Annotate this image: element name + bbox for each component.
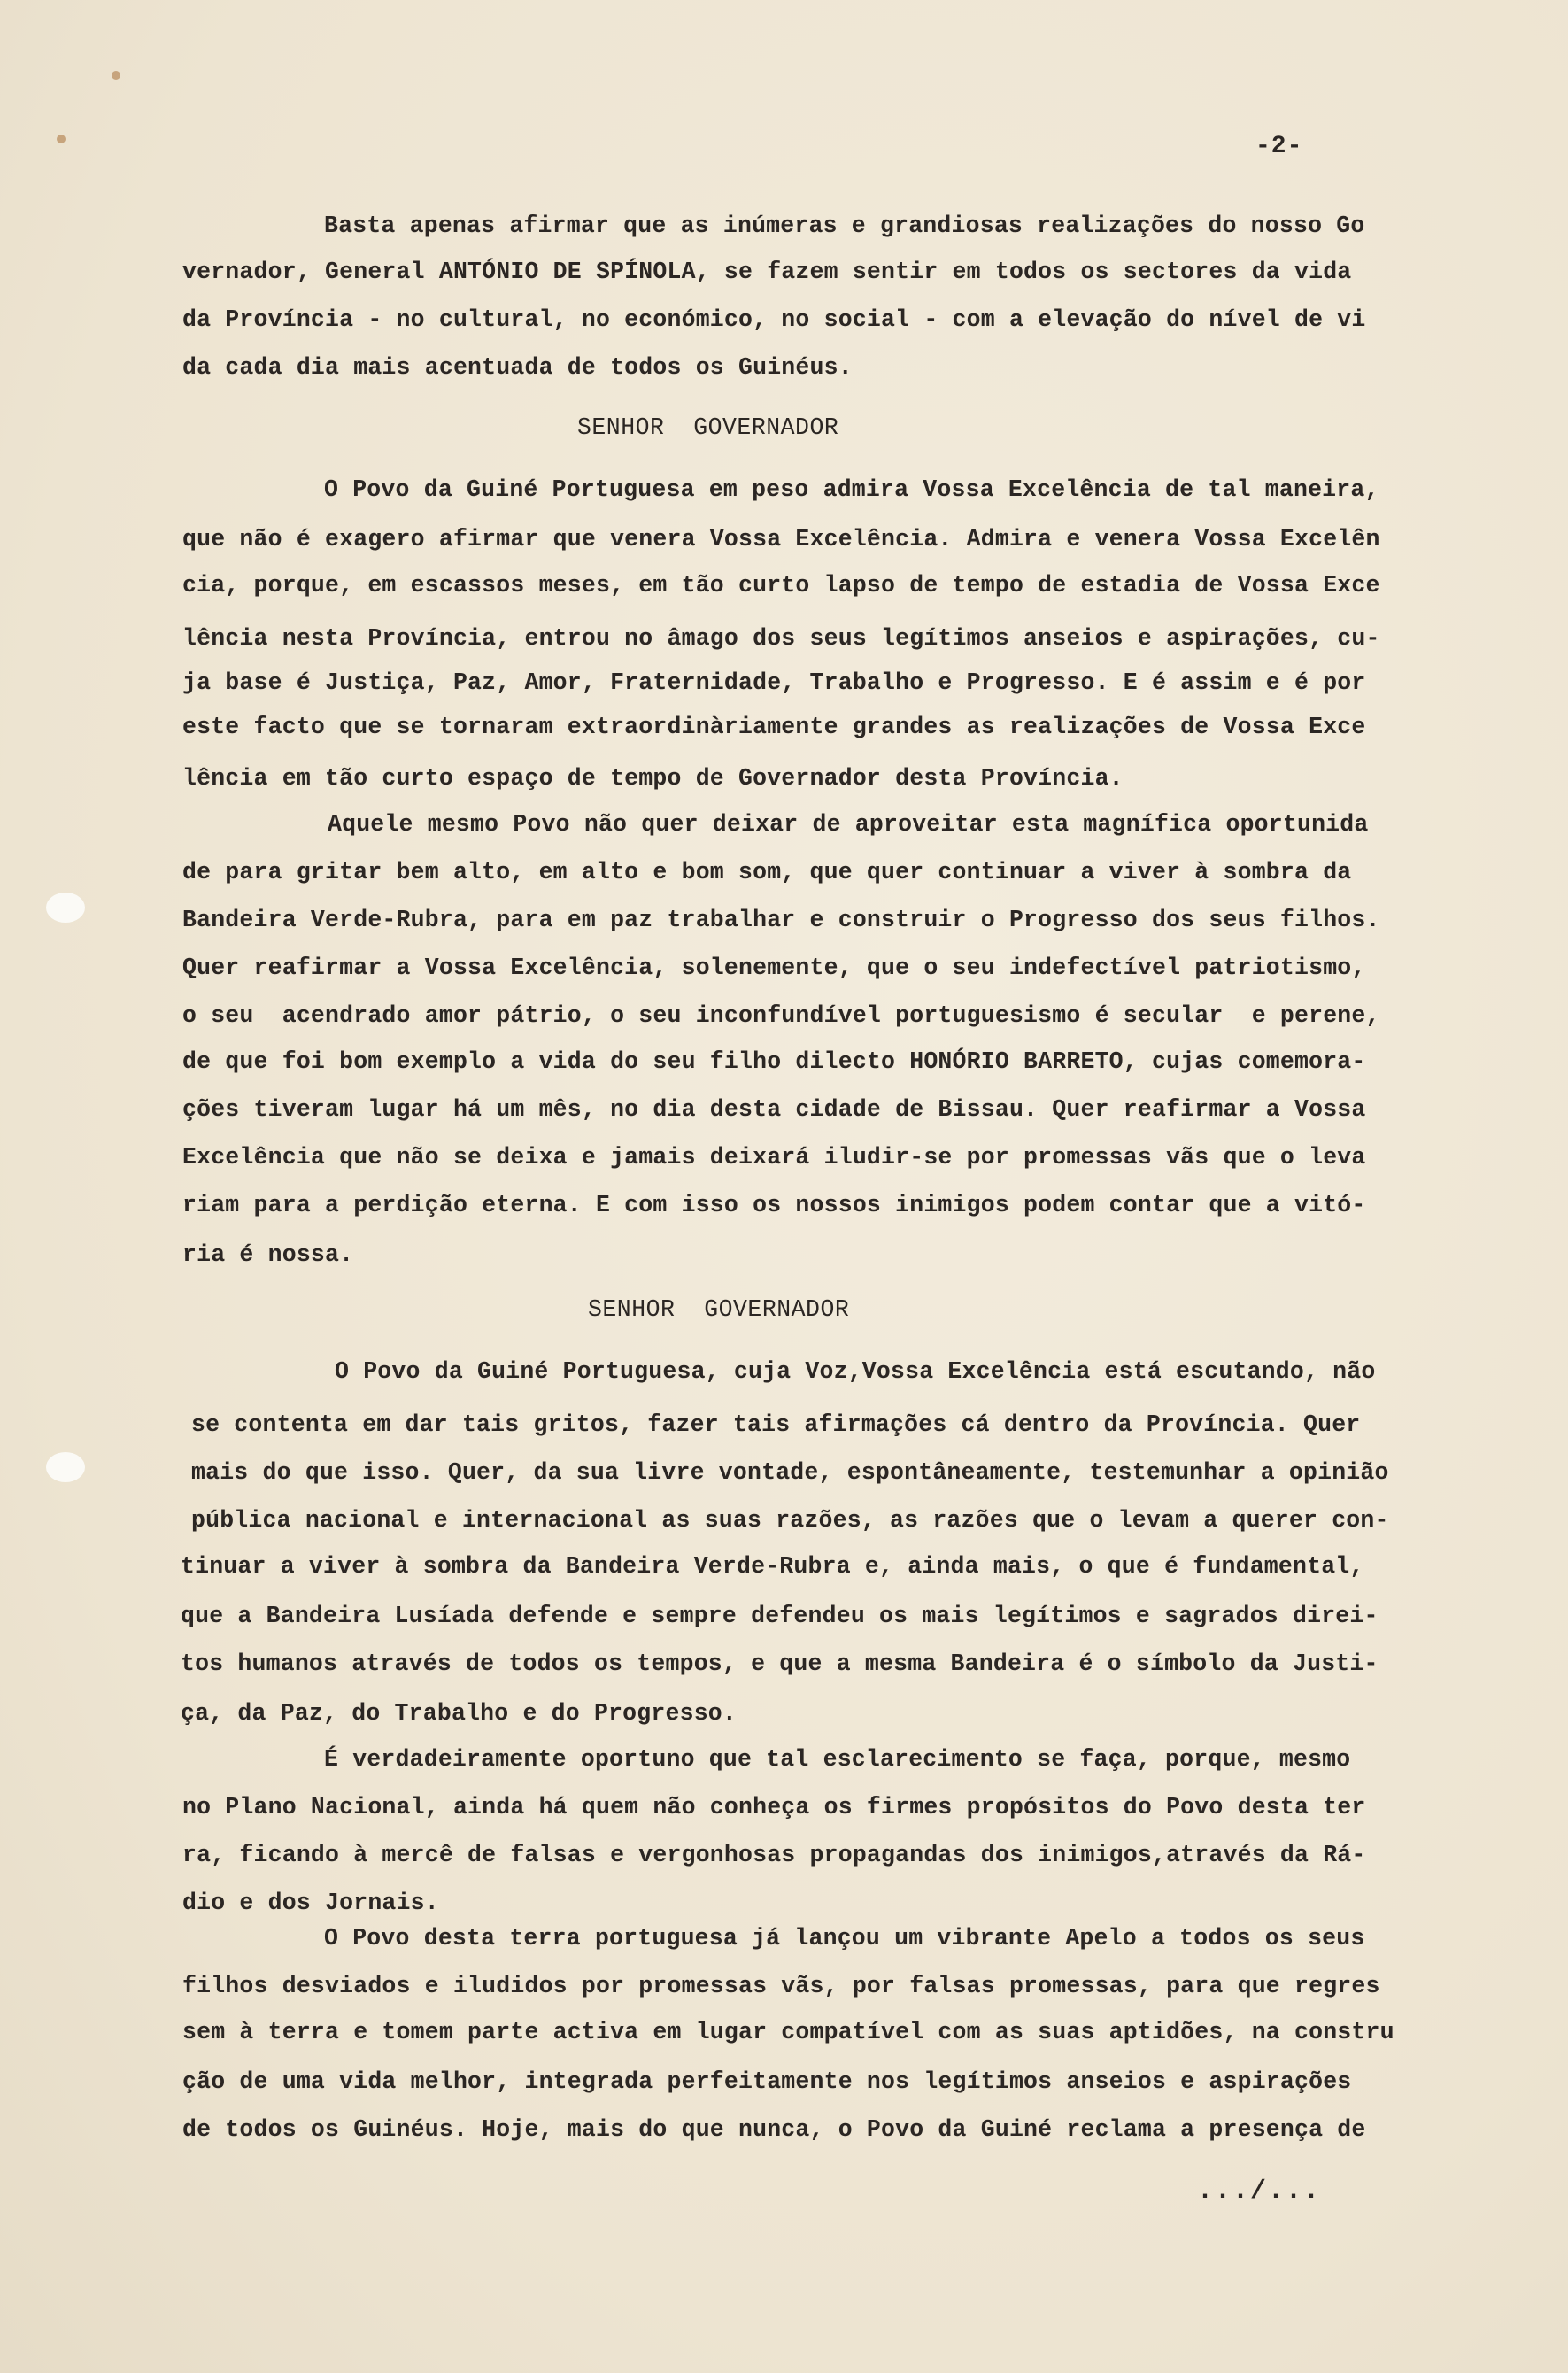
text-line: que não é exagero afirmar que venera Vos… bbox=[182, 528, 1380, 552]
text-line: Bandeira Verde-Rubra, para em paz trabal… bbox=[182, 908, 1380, 932]
staple-hole-mark bbox=[57, 135, 66, 143]
section-heading: SENHOR GOVERNADOR bbox=[577, 416, 838, 440]
text-line: se contenta em dar tais gritos, fazer ta… bbox=[191, 1413, 1360, 1437]
text-line: riam para a perdição eterna. E com isso … bbox=[182, 1194, 1366, 1217]
text-line: de para gritar bem alto, em alto e bom s… bbox=[182, 861, 1351, 885]
text-line: É verdadeiramente oportuno que tal escla… bbox=[324, 1748, 1350, 1772]
text-line: no Plano Nacional, ainda há quem não con… bbox=[182, 1796, 1366, 1820]
text-line: da cada dia mais acentuada de todos os G… bbox=[182, 356, 853, 380]
text-line: O Povo da Guiné Portuguesa, cuja Voz,Vos… bbox=[335, 1360, 1376, 1384]
text-line: ção de uma vida melhor, integrada perfei… bbox=[182, 2070, 1351, 2094]
text-line: dio e dos Jornais. bbox=[182, 1891, 439, 1915]
continuation-mark: .../... bbox=[1197, 2176, 1321, 2207]
punch-hole bbox=[46, 1452, 85, 1482]
section-heading: SENHOR GOVERNADOR bbox=[588, 1298, 849, 1322]
text-line: cia, porque, em escassos meses, em tão c… bbox=[182, 574, 1380, 598]
text-line: Excelência que não se deixa e jamais dei… bbox=[182, 1146, 1366, 1170]
text-line: lência em tão curto espaço de tempo de G… bbox=[182, 767, 1124, 791]
text-line: Basta apenas afirmar que as inúmeras e g… bbox=[324, 214, 1365, 238]
text-line: ra, ficando à mercê de falsas e vergonho… bbox=[182, 1844, 1366, 1867]
text-line: pública nacional e internacional as suas… bbox=[191, 1509, 1389, 1533]
text-line: O Povo desta terra portuguesa já lançou … bbox=[324, 1927, 1365, 1951]
typewritten-page: -2- Basta apenas afirmar que as inúmeras… bbox=[0, 0, 1568, 2373]
text-line: de que foi bom exemplo a vida do seu fil… bbox=[182, 1050, 1366, 1074]
text-line: sem à terra e tomem parte activa em luga… bbox=[182, 2021, 1394, 2044]
text-line: de todos os Guinéus. Hoje, mais do que n… bbox=[182, 2118, 1366, 2142]
text-line: este facto que se tornaram extraordinàri… bbox=[182, 715, 1366, 739]
text-line: filhos desviados e iludidos por promessa… bbox=[182, 1975, 1380, 1998]
text-line: da Província - no cultural, no económico… bbox=[182, 308, 1366, 332]
text-line: Quer reafirmar a Vossa Excelência, solen… bbox=[182, 956, 1366, 980]
text-line: que a Bandeira Lusíada defende e sempre … bbox=[181, 1604, 1379, 1628]
staple-hole-mark bbox=[112, 71, 120, 80]
text-line: lência nesta Província, entrou no âmago … bbox=[182, 627, 1380, 651]
text-line: ja base é Justiça, Paz, Amor, Fraternida… bbox=[182, 671, 1366, 695]
text-line: vernador, General ANTÓNIO DE SPÍNOLA, se… bbox=[182, 260, 1351, 284]
text-line: tinuar a viver à sombra da Bandeira Verd… bbox=[181, 1555, 1364, 1579]
text-line: Aquele mesmo Povo não quer deixar de apr… bbox=[328, 813, 1369, 837]
text-line: o seu acendrado amor pátrio, o seu incon… bbox=[182, 1004, 1380, 1028]
text-line: ça, da Paz, do Trabalho e do Progresso. bbox=[181, 1702, 737, 1726]
text-line: O Povo da Guiné Portuguesa em peso admir… bbox=[324, 478, 1379, 502]
text-line: tos humanos através de todos os tempos, … bbox=[181, 1652, 1379, 1676]
punch-hole bbox=[46, 893, 85, 923]
text-line: ções tiveram lugar há um mês, no dia des… bbox=[182, 1098, 1366, 1122]
page-number: -2- bbox=[1255, 133, 1302, 160]
text-line: mais do que isso. Quer, da sua livre von… bbox=[191, 1461, 1389, 1485]
text-line: ria é nossa. bbox=[182, 1243, 353, 1267]
